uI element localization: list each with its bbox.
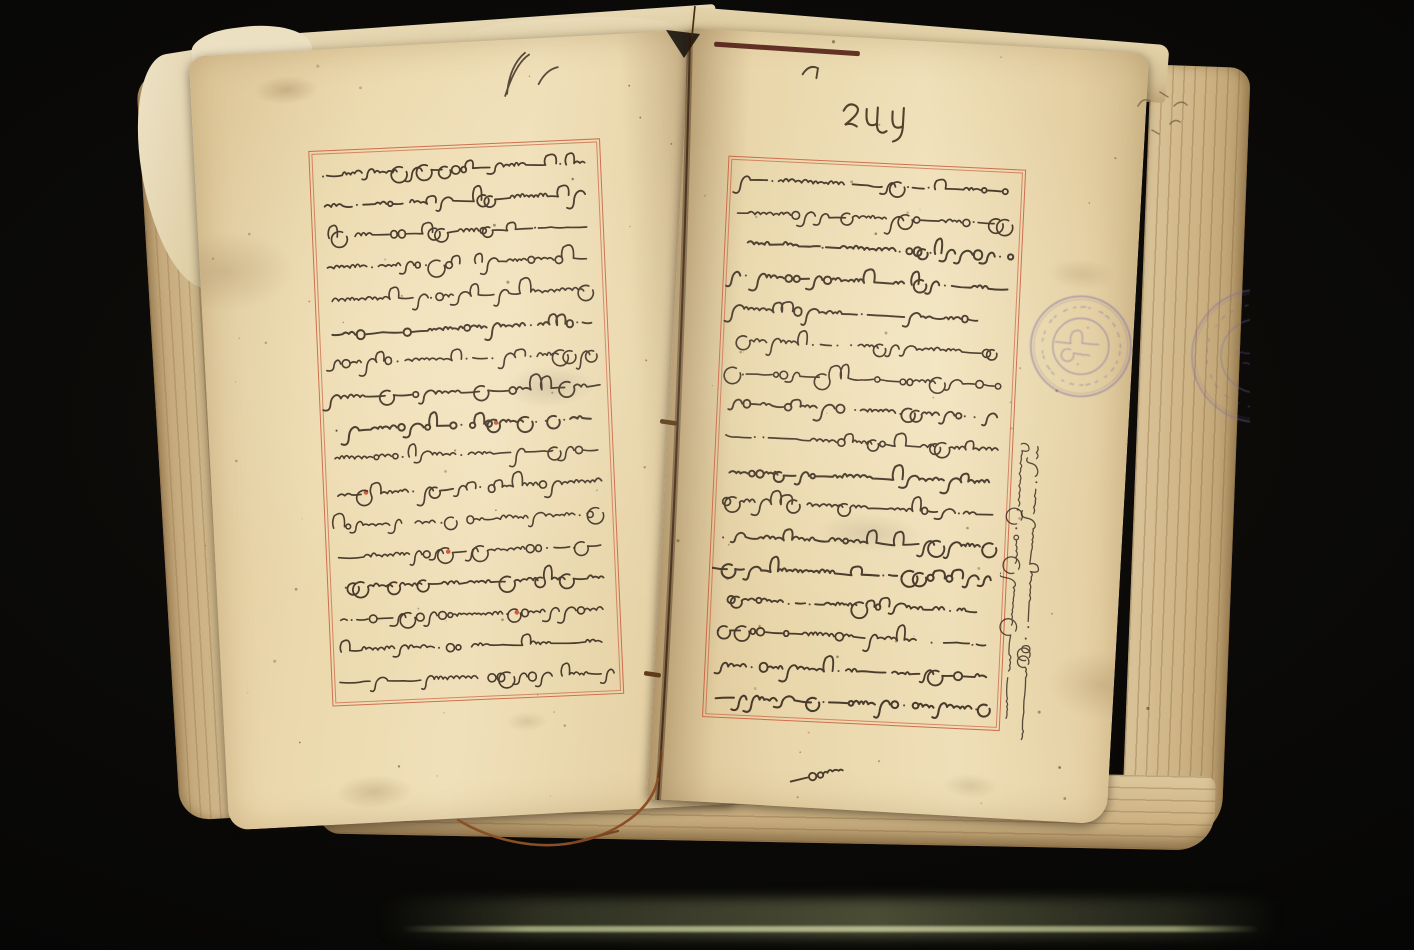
library-stamp bbox=[1020, 285, 1142, 407]
left-header-flourish bbox=[487, 42, 580, 105]
left-text-svg bbox=[311, 142, 619, 702]
photo-stage bbox=[0, 0, 1414, 950]
corner-ink-mark bbox=[799, 60, 830, 86]
right-text-svg bbox=[705, 159, 1021, 726]
folio-number bbox=[834, 96, 916, 144]
right-page bbox=[647, 28, 1149, 824]
catchword-svg bbox=[763, 744, 860, 806]
red-edge-underleaf bbox=[714, 42, 860, 57]
